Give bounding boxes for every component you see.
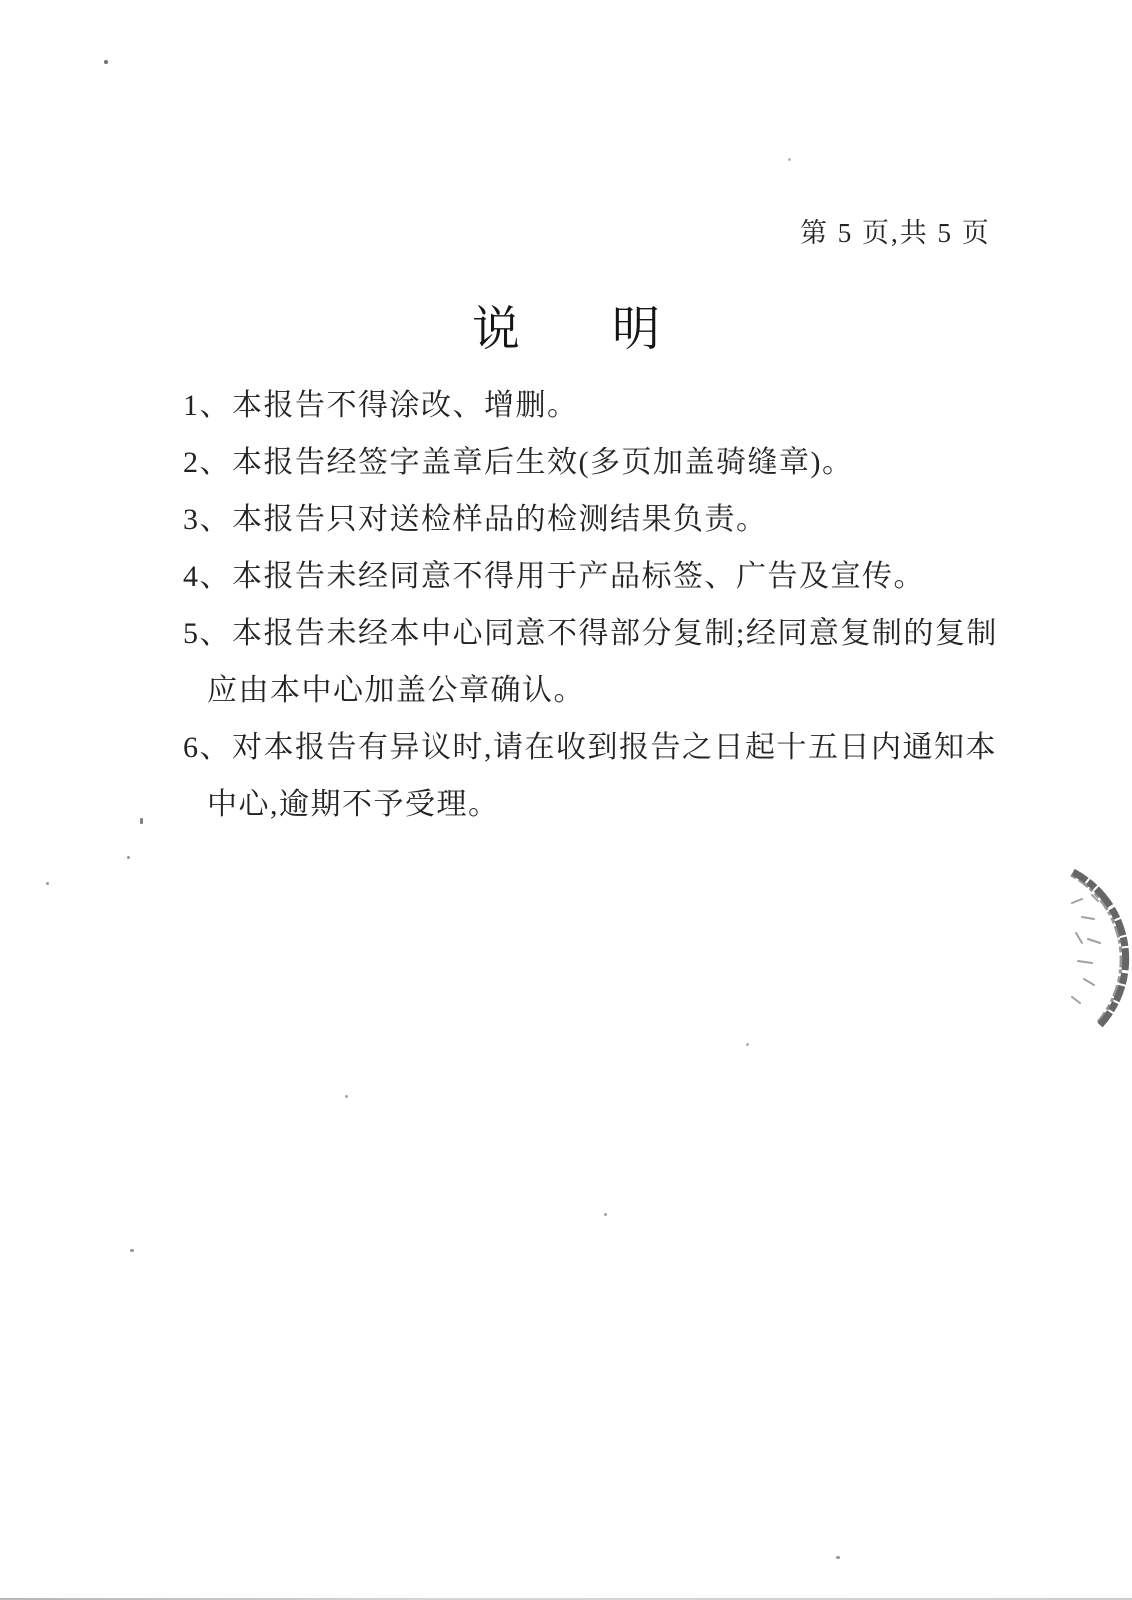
title-char-2: 明 [612,290,660,359]
note-item-6-continuation: 中心,逾期不予受理。 [183,776,1013,833]
note-item-2: 2、 本报告经签字盖章后生效(多页加盖骑缝章)。 [183,434,1013,491]
notes-list: 1、 本报告不得涂改、增删。 2、 本报告经签字盖章后生效(多页加盖骑缝章)。 … [183,377,1013,833]
note-text: 对本报告有异议时,请在收到报告之日起十五日内通知本 [232,719,997,776]
scan-speck [46,882,49,885]
note-item-4: 4、 本报告未经同意不得用于产品标签、广告及宣传。 [183,548,1013,605]
scan-speck [604,1213,607,1216]
note-text: 本报告经签字盖章后生效(多页加盖骑缝章)。 [232,434,853,491]
title-char-1: 说 [472,290,520,359]
document-title: 说 明 [0,290,1132,359]
note-number: 1、 [183,377,232,434]
scan-speck [345,1095,348,1098]
scan-speck [836,1556,840,1559]
note-text: 本报告未经本中心同意不得部分复制;经同意复制的复制 [232,605,998,662]
scan-speck [104,60,108,64]
scan-speck [746,1043,749,1046]
note-item-5-continuation: 应由本中心加盖公章确认。 [183,662,1013,719]
note-number: 5、 [183,605,232,662]
scan-speck [130,1249,134,1252]
note-item-1: 1、 本报告不得涂改、增删。 [183,377,1013,434]
note-text: 本报告只对送检样品的检测结果负责。 [232,491,768,548]
note-text: 中心,逾期不予受理。 [207,776,500,833]
note-item-3: 3、 本报告只对送检样品的检测结果负责。 [183,491,1013,548]
stamp-arc-icon [1022,835,1132,1045]
scan-speck [788,158,791,161]
scan-speck [127,856,130,859]
seal-stamp-icon [1022,835,1132,1045]
note-number: 6、 [183,719,232,776]
note-number: 2、 [183,434,232,491]
note-number: 3、 [183,491,232,548]
scan-speck [140,818,143,824]
note-text: 本报告未经同意不得用于产品标签、广告及宣传。 [232,548,925,605]
note-item-6: 6、 对本报告有异议时,请在收到报告之日起十五日内通知本 [183,719,1013,776]
note-text: 应由本中心加盖公章确认。 [207,662,585,719]
note-text: 本报告不得涂改、增删。 [232,377,579,434]
note-item-5: 5、 本报告未经本中心同意不得部分复制;经同意复制的复制 [183,605,1013,662]
page-indicator: 第 5 页,共 5 页 [800,211,991,250]
note-number: 4、 [183,548,232,605]
